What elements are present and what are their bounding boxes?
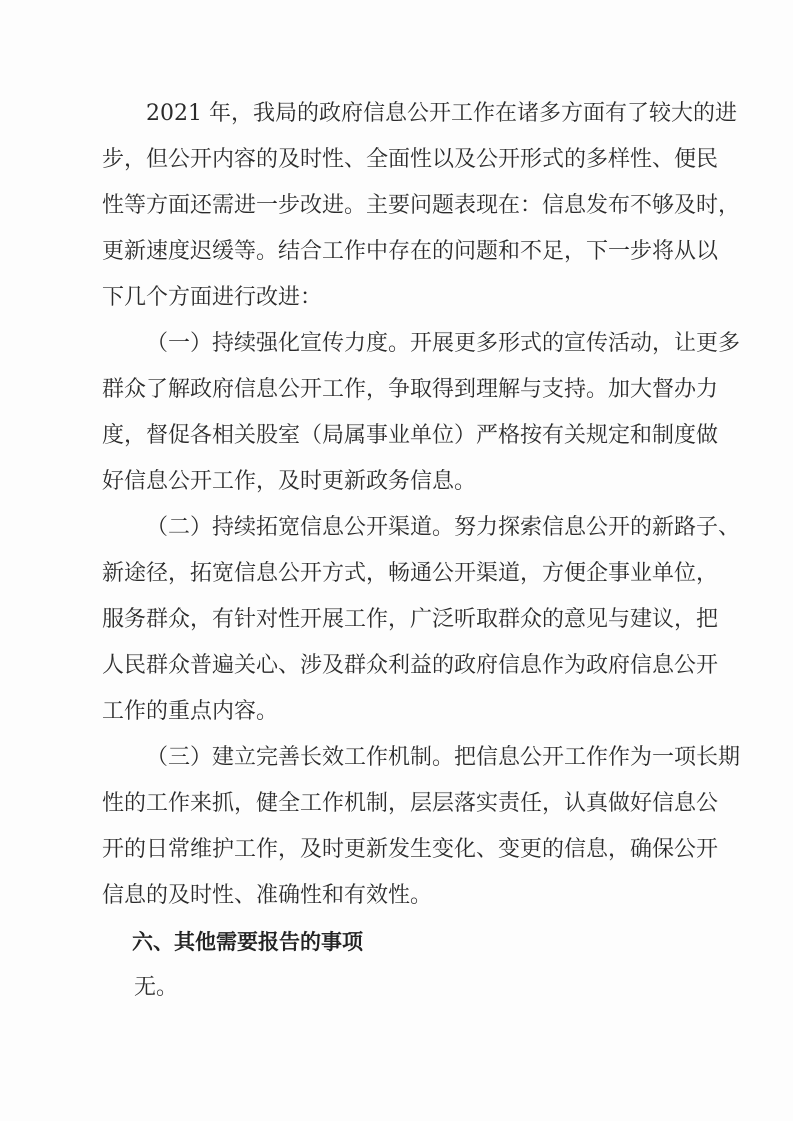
item3-line-1: （三）建立完善长效工作机制。把信息公开工作作为一项长期 (146, 743, 698, 773)
item2-line-5: 工作的重点内容。 (102, 697, 698, 727)
intro-line-5: 下几个方面进行改进： (102, 283, 698, 313)
item1-line-2: 群众了解政府信息公开工作，争取得到理解与支持。加大督办力 (102, 375, 698, 405)
item3-line-3: 开的日常维护工作，及时更新发生变化、变更的信息，确保公开 (102, 835, 698, 865)
item1-line-4: 好信息公开工作，及时更新政务信息。 (102, 467, 698, 497)
section-body: 无。 (134, 973, 178, 1003)
intro-line-1: 2021 年，我局的政府信息公开工作在诸多方面有了较大的进 (146, 99, 698, 129)
section-heading: 六、其他需要报告的事项 (132, 927, 363, 957)
item1-line-1: （一）持续强化宣传力度。开展更多形式的宣传活动，让更多 (146, 329, 698, 359)
intro-line-2: 步，但公开内容的及时性、全面性以及公开形式的多样性、便民 (102, 145, 698, 175)
item2-line-4: 人民群众普遍关心、涉及群众利益的政府信息作为政府信息公开 (102, 651, 698, 681)
item2-line-3: 服务群众，有针对性开展工作，广泛听取群众的意见与建议，把 (102, 605, 698, 635)
intro-line-3: 性等方面还需进一步改进。主要问题表现在：信息发布不够及时， (102, 191, 698, 221)
intro-line-4: 更新速度迟缓等。结合工作中存在的问题和不足，下一步将从以 (102, 237, 698, 267)
item3-line-2: 性的工作来抓，健全工作机制，层层落实责任，认真做好信息公 (102, 789, 698, 819)
item1-line-3: 度，督促各相关股室（局属事业单位）严格按有关规定和制度做 (102, 421, 698, 451)
item2-line-1: （二）持续拓宽信息公开渠道。努力探索信息公开的新路子、 (146, 513, 698, 543)
item3-line-4: 信息的及时性、准确性和有效性。 (102, 881, 698, 911)
item2-line-2: 新途径，拓宽信息公开方式，畅通公开渠道，方便企事业单位， (102, 559, 698, 589)
document-page: 2021 年，我局的政府信息公开工作在诸多方面有了较大的进 步，但公开内容的及时… (0, 0, 793, 1121)
